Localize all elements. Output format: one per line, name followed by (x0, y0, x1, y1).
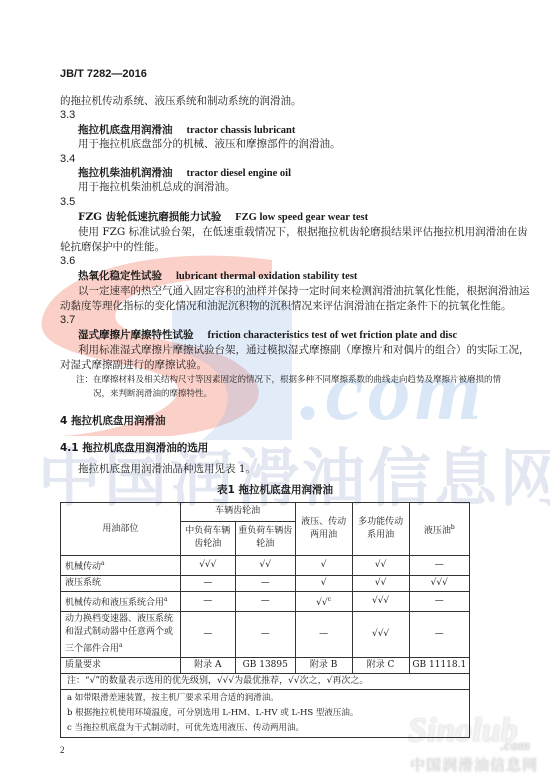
cell: √√c (295, 592, 352, 612)
table-footnotes: a 如带限滑差速装置，按主机厂要求采用合适的润滑油。 b 根据拖拉机使用环境温度… (61, 690, 470, 738)
cell-part: 液压系统 (61, 576, 181, 592)
cell: — (409, 592, 469, 612)
cell: 附录 B (295, 658, 352, 674)
cell: — (180, 612, 235, 658)
cell: — (180, 592, 235, 612)
section-4-1-text: 拖拉机底盘用润滑油品种选用见表 1。 (78, 462, 256, 476)
header-group-gear-oil: 车辆齿轮油 (180, 503, 295, 522)
footnote-c: c 当拖拉机底盘为干式制动时，可优先选用液压、传动两用油。 (67, 721, 467, 736)
table-header-row: 用油部位 车辆齿轮油 液压、传动两用油 多功能传动系用油 液压油b (61, 503, 470, 522)
footnote-marker: c (328, 596, 331, 603)
footnote-marker: b (451, 524, 455, 531)
cell: — (235, 592, 295, 612)
watermark-corner-cn: 中国润滑油信息网 (410, 754, 538, 775)
cell: — (235, 576, 295, 592)
term-number: 3.6 (60, 254, 75, 268)
header-col5-label: 液压油 (424, 526, 451, 536)
term-title-cn: 湿式摩擦片摩擦特性试验 (78, 329, 194, 341)
cell-part: 机械传动a (61, 556, 181, 576)
term-title-cn: FZG 齿轮低速抗磨损能力试验 (78, 211, 221, 223)
footnote-b: b 根据拖拉机使用环境温度，可分别选用 L-HM、L-HV 或 L-HS 型液压… (67, 706, 467, 721)
cell: √√√ (180, 556, 235, 576)
cell-part: 机械传动和液压系统合用a (61, 592, 181, 612)
term-note: 注：在摩擦材料及相关结构尺寸等因素固定的情况下，根据多种不同摩擦系数的曲线走向趋… (76, 373, 501, 387)
cell: — (409, 612, 469, 658)
cell: √√ (235, 556, 295, 576)
cell: √√√ (352, 612, 409, 658)
header-part: 用油部位 (61, 503, 181, 556)
term-title: 湿式摩擦片摩擦特性试验friction characteristics test… (78, 328, 457, 343)
cell: √ (295, 556, 352, 576)
cell: 附录 C (352, 658, 409, 674)
term-number: 3.4 (60, 152, 75, 166)
term-definition-cont: 对湿式摩擦副进行的摩擦试验。 (60, 358, 207, 372)
table-caption: 表1 拖拉机底盘用润滑油 (0, 482, 550, 497)
term-definition: 使用 FZG 标准试验台架，在低速重载情况下，根据拖拉机齿轮磨损结果评估拖拉机用… (78, 225, 528, 239)
term-definition: 用于拖拉机底盘部分的机械、液压和摩擦部件的润滑油。 (78, 137, 341, 151)
cell: — (235, 612, 295, 658)
part-label: 液压系统 (65, 578, 101, 588)
table-note-row: 注：“√”的数量表示选用的优先级别，√√√为最优推荐，√√次之，√再次之。 (61, 674, 470, 690)
term-title-cn: 拖拉机底盘用润滑油 (78, 124, 173, 136)
footnote-marker: a (119, 642, 123, 649)
page-number: 2 (60, 745, 65, 755)
term-definition-cont: 轮抗磨保护中的性能。 (60, 240, 165, 254)
cell: √√ (352, 576, 409, 592)
term-definition: 利用标准湿式摩擦片摩擦试验台架，通过模拟湿式摩擦副（摩擦片和对偶片的组合）的实际… (78, 343, 530, 357)
part-label: 机械传动和液压系统合用 (65, 598, 164, 608)
table-row-quality: 质量要求 附录 A GB 13895 附录 B 附录 C GB 11118.1 (61, 658, 470, 674)
cell: GB 13895 (235, 658, 295, 674)
cell-value: √√ (316, 598, 327, 608)
cell: GB 11118.1 (409, 658, 469, 674)
term-title-en: friction characteristics test of wet fri… (208, 330, 458, 341)
term-title: 拖拉机底盘用润滑油tractor chassis lubricant (78, 123, 295, 138)
cell: — (409, 556, 469, 576)
lubricant-selection-table: 用油部位 车辆齿轮油 液压、传动两用油 多功能传动系用油 液压油b 中负荷车辆齿… (60, 502, 470, 738)
term-definition: 以一定速率的热空气通入固定容积的油样并保持一定时间来检测润滑油抗氧化性能，根据润… (78, 284, 530, 298)
header-col3: 液压、传动两用油 (295, 503, 352, 556)
cell: √ (295, 576, 352, 592)
cell: 附录 A (180, 658, 235, 674)
table-footnotes-row: a 如带限滑差速装置，按主机厂要求采用合适的润滑油。 b 根据拖拉机使用环境温度… (61, 690, 470, 738)
term-title-en: lubricant thermal oxidation stability te… (176, 271, 357, 282)
term-note-cont: 况，来判断润滑油的摩擦特性。 (93, 387, 212, 401)
term-title-cn: 拖拉机柴油机润滑油 (78, 167, 173, 179)
document-code-header: JB/T 7282—2016 (60, 68, 147, 80)
footnote-marker: a (164, 596, 168, 603)
header-col4: 多功能传动系用油 (352, 503, 409, 556)
part-label: 质量要求 (65, 660, 101, 670)
term-title: FZG 齿轮低速抗磨损能力试验FZG low speed gear wear t… (78, 210, 368, 225)
continued-paragraph: 的拖拉机传动系统、液压系统和制动系统的润滑油。 (60, 94, 302, 108)
term-definition: 用于拖拉机柴油机总成的润滑油。 (78, 180, 236, 194)
term-title-en: tractor diesel engine oil (187, 168, 292, 179)
term-title-en: tractor chassis lubricant (187, 125, 296, 136)
cell: — (295, 612, 352, 658)
section-heading-4-1: 4.1 拖拉机底盘用润滑油的选用 (60, 441, 208, 455)
header-col5: 液压油b (409, 503, 469, 556)
table-row: 动力换档变速器、液压系统和湿式制动器中任意两个或三个部件合用a — — — √√… (61, 612, 470, 658)
part-label: 机械传动 (65, 562, 101, 572)
term-title: 热氧化稳定性试验lubricant thermal oxidation stab… (78, 269, 357, 284)
watermark-corner-dotcom: .com (500, 738, 530, 755)
cell: — (180, 576, 235, 592)
table-row: 液压系统 — — √ √√ √√√ (61, 576, 470, 592)
cell: √√ (352, 556, 409, 576)
section-heading-4: 4 拖拉机底盘用润滑油 (60, 414, 165, 428)
term-title-en: FZG low speed gear wear test (235, 212, 368, 223)
term-definition-cont: 动黏度等理化指标的变化情况和油泥沉积物的沉积情况来评估润滑油在指定条件下的抗氧化… (60, 299, 512, 313)
header-col1: 中负荷车辆齿轮油 (180, 521, 235, 555)
cell-part: 质量要求 (61, 658, 181, 674)
table-row: 机械传动和液压系统合用a — — √√c √√√ — (61, 592, 470, 612)
term-number: 3.7 (60, 313, 75, 327)
footnote-a: a 如带限滑差速装置，按主机厂要求采用合适的润滑油。 (67, 691, 467, 706)
table-note: 注：“√”的数量表示选用的优先级别，√√√为最优推荐，√√次之，√再次之。 (61, 674, 470, 690)
header-col2: 重负荷车辆齿轮油 (235, 521, 295, 555)
cell-part: 动力换档变速器、液压系统和湿式制动器中任意两个或三个部件合用a (61, 612, 181, 658)
cell: √√√ (352, 592, 409, 612)
term-title-cn: 热氧化稳定性试验 (78, 270, 162, 282)
cell: √√√ (409, 576, 469, 592)
term-title: 拖拉机柴油机润滑油tractor diesel engine oil (78, 166, 291, 181)
table-row: 机械传动a √√√ √√ √ √√ — (61, 556, 470, 576)
term-number: 3.3 (60, 108, 75, 122)
footnote-marker: a (101, 560, 105, 567)
term-number: 3.5 (60, 195, 75, 209)
